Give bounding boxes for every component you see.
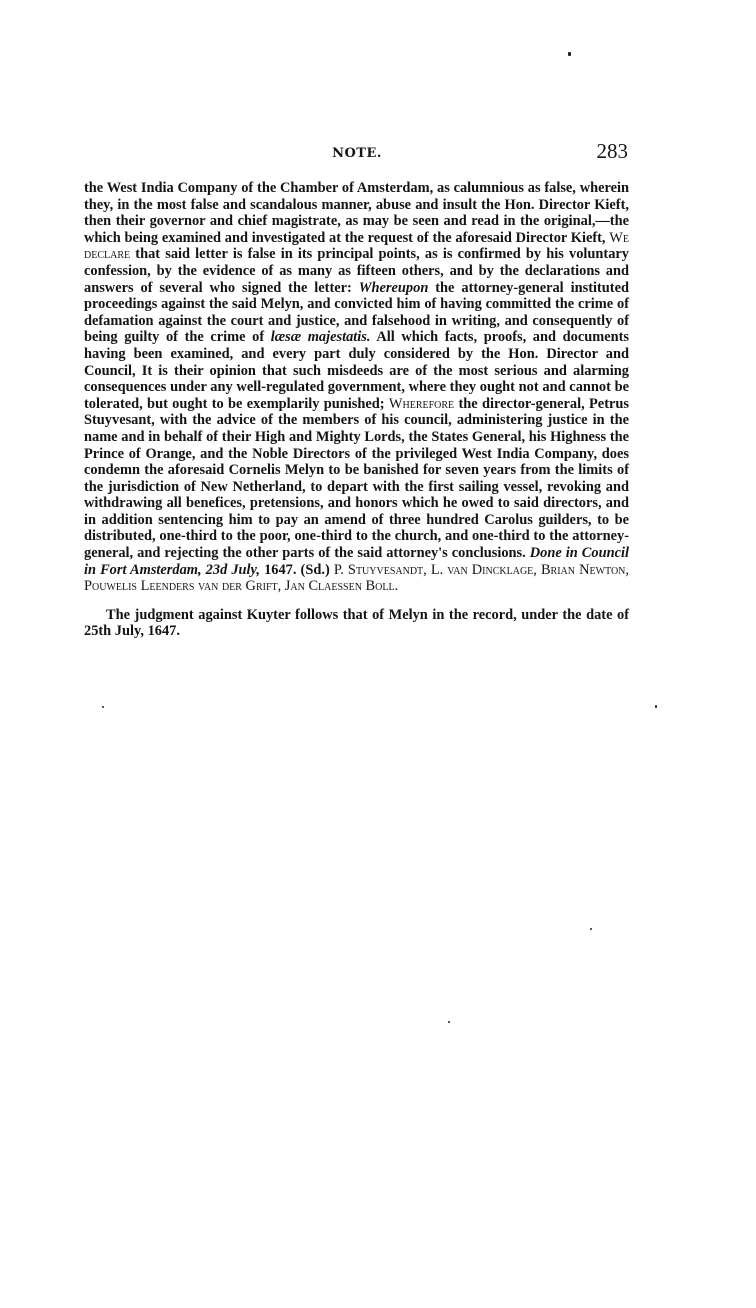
italic-laesae-majestatis: læsæ majestatis. [271,329,371,345]
text-segment: 1647. (Sd.) [264,562,330,578]
note-body: the West India Company of the Chamber of… [84,180,629,640]
scan-speck [448,1021,450,1023]
scan-speck [655,705,657,708]
page-number: 283 [597,139,629,164]
text-segment: the director-general, Petrus Stuyvesant,… [84,396,629,561]
text-segment: the West India Company of the Chamber of… [84,180,629,246]
running-head: NOTE. [84,146,630,161]
small-caps-wherefore: Wherefore [389,396,454,412]
scan-speck [102,706,104,708]
scan-speck [590,928,592,930]
page-header: NOTE. 283 [84,142,630,166]
paragraph-judgment-kuyter: The judgment against Kuyter follows that… [84,607,629,640]
scan-speck [568,52,571,56]
italic-whereupon: Whereupon [359,280,429,296]
paragraph-judgment-melyn: the West India Company of the Chamber of… [84,180,629,595]
